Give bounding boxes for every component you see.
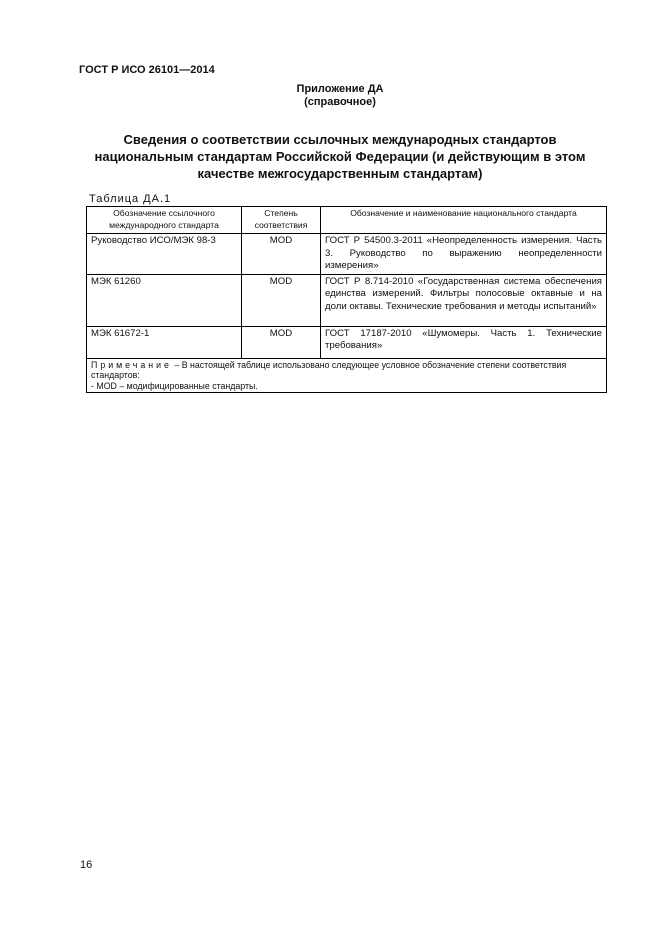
column-header-national-standard: Обозначение и наименование национального…: [321, 207, 607, 234]
annex-heading: Приложение ДА (справочное): [260, 83, 420, 109]
table-header-row: Обозначение ссылочного международного ст…: [87, 207, 607, 234]
table-row: Руководство ИСО/МЭК 98-3 MOD ГОСТ Р 5450…: [87, 234, 607, 275]
cell-national-standard: ГОСТ 17187-2010 «Шумомеры. Часть 1. Техн…: [321, 326, 607, 358]
page-number: 16: [80, 859, 92, 871]
title-line-3: качестве межгосударственным стандартам): [80, 165, 600, 182]
cell-intl-standard: МЭК 61672-1: [87, 326, 242, 358]
cell-degree: MOD: [242, 234, 321, 275]
annex-title: Приложение ДА: [260, 83, 420, 96]
table-row: МЭК 61260 MOD ГОСТ Р 8.714-2010 «Государ…: [87, 274, 607, 326]
note-item: - MOD – модифицированные стандарты.: [91, 381, 258, 391]
title-line-1: Сведения о соответствии ссылочных междун…: [80, 131, 600, 148]
annex-type: (справочное): [260, 96, 420, 109]
column-header-degree: Степень соответствия: [242, 207, 321, 234]
cell-intl-standard: МЭК 61260: [87, 274, 242, 326]
cell-degree: MOD: [242, 274, 321, 326]
table-note-row: Примечание – В настоящей таблице использ…: [87, 358, 607, 393]
cell-national-standard: ГОСТ Р 8.714-2010 «Государственная систе…: [321, 274, 607, 326]
annex-main-title: Сведения о соответствии ссылочных междун…: [80, 131, 600, 182]
table-row: МЭК 61672-1 MOD ГОСТ 17187-2010 «Шумомер…: [87, 326, 607, 358]
cell-degree: MOD: [242, 326, 321, 358]
table-note: Примечание – В настоящей таблице использ…: [87, 358, 607, 393]
standards-correspondence-table: Обозначение ссылочного международного ст…: [86, 206, 607, 393]
cell-national-standard: ГОСТ Р 54500.3-2011 «Неопределенность из…: [321, 234, 607, 275]
cell-intl-standard: Руководство ИСО/МЭК 98-3: [87, 234, 242, 275]
title-line-2: национальным стандартам Российской Федер…: [80, 148, 600, 165]
table-caption: Таблица ДА.1: [89, 193, 171, 205]
document-code: ГОСТ Р ИСО 26101—2014: [79, 64, 215, 76]
note-label: Примечание: [91, 360, 172, 370]
column-header-intl-standard: Обозначение ссылочного международного ст…: [87, 207, 242, 234]
